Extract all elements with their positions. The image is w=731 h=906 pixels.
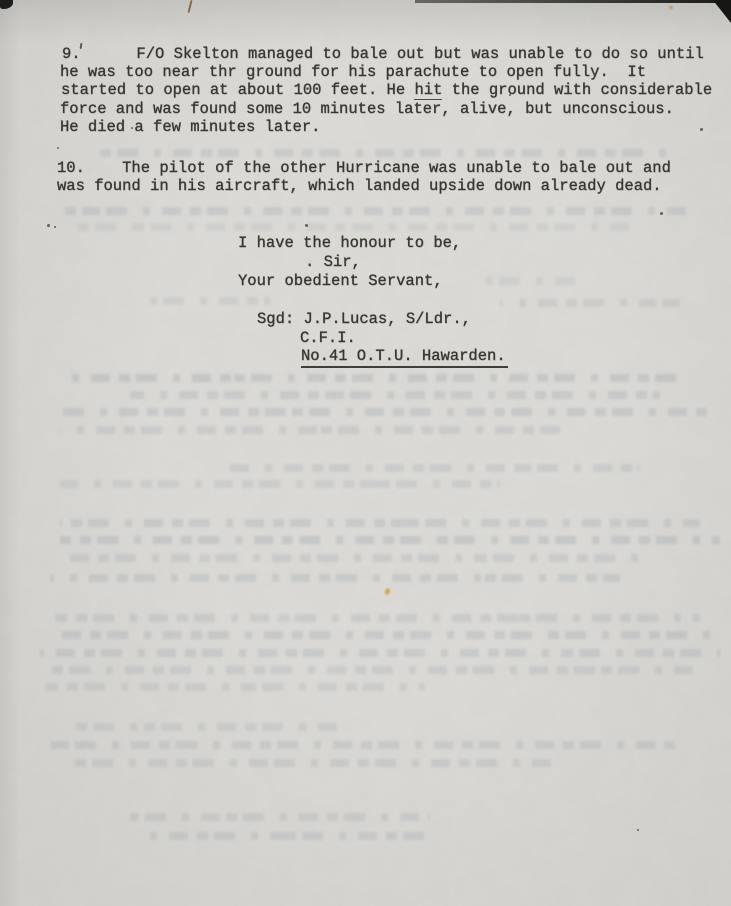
bleed-through-line — [55, 631, 715, 639]
bleed-through-line — [60, 536, 720, 544]
bleed-through-line — [60, 519, 700, 527]
stray-ink-dot — [47, 224, 50, 227]
scan-edge-line-top — [415, 0, 731, 3]
para-9-line-3-before: started to open at about 100 feet. He — [61, 81, 414, 99]
stray-ink-dot — [660, 212, 663, 215]
closing-line-1: I have the honour to be, — [238, 234, 461, 252]
closing-line-2: . Sir, — [305, 253, 361, 271]
bleed-through-line — [60, 408, 710, 416]
para-10-line-1: 10. The pilot of the other Hurricane was… — [57, 159, 671, 177]
para-9-line-3: started to open at about 100 feet. He hi… — [61, 81, 712, 99]
bleed-through-line — [485, 277, 575, 285]
bleed-through-line — [45, 683, 425, 691]
bleed-through-line — [75, 223, 635, 231]
scanned-document-page: 9. F/O Skelton managed to bale out but w… — [0, 0, 731, 906]
bleed-through-line — [130, 813, 430, 821]
bleed-through-line — [75, 723, 345, 731]
signature-line-3: No.41 O.T.U. Hawarden. — [301, 347, 508, 365]
stray-ink-dot — [700, 128, 703, 131]
bleed-through-line — [500, 299, 680, 307]
para-9-line-3-after: the ground with considerable — [442, 81, 712, 99]
bleed-through-line — [230, 464, 640, 472]
bleed-through-line — [50, 574, 620, 582]
signature-line-1: Sgd: J.P.Lucas, S/Ldr., — [257, 310, 471, 328]
closing-line-3: Your obedient Servant, — [238, 272, 443, 290]
bleed-through-line — [70, 554, 650, 562]
para-9-line-1: 9. F/O Skelton managed to bale out but w… — [62, 45, 704, 63]
bleed-through-line — [60, 480, 500, 488]
signature-line-2: C.F.I. — [300, 329, 356, 347]
para-9-line-5: He died a few minutes later. — [60, 118, 320, 136]
bleed-through-line — [75, 759, 560, 767]
stray-ink-dot — [305, 224, 308, 227]
para-10-line-2: was found in his aircraft, which landed … — [57, 177, 662, 195]
bleed-through-line — [55, 614, 700, 622]
signature-unit-underlined: No.41 O.T.U. Hawarden. — [301, 347, 508, 368]
bleed-through-line — [60, 374, 680, 382]
bleed-through-line — [140, 832, 430, 840]
para-9-line-4: force and was found some 10 minutes late… — [60, 100, 674, 118]
bleed-through-line — [50, 666, 700, 674]
bleed-through-line — [100, 149, 670, 157]
stray-ink-dot — [54, 226, 56, 228]
bleed-through-line — [60, 207, 690, 215]
stray-ink-dot — [637, 829, 639, 831]
bleed-through-line — [50, 741, 680, 749]
bleed-through-line — [150, 297, 270, 305]
bleed-through-line — [40, 649, 720, 657]
para-9-line-2: he was too near thr ground for his parac… — [60, 63, 646, 81]
bleed-through-line — [130, 391, 660, 399]
stray-ink-dot — [57, 147, 59, 149]
para-9-line-3-underlined-hit: hit — [414, 81, 442, 100]
bleed-through-line — [60, 426, 560, 434]
paper-stain-speck-top — [668, 5, 674, 10]
